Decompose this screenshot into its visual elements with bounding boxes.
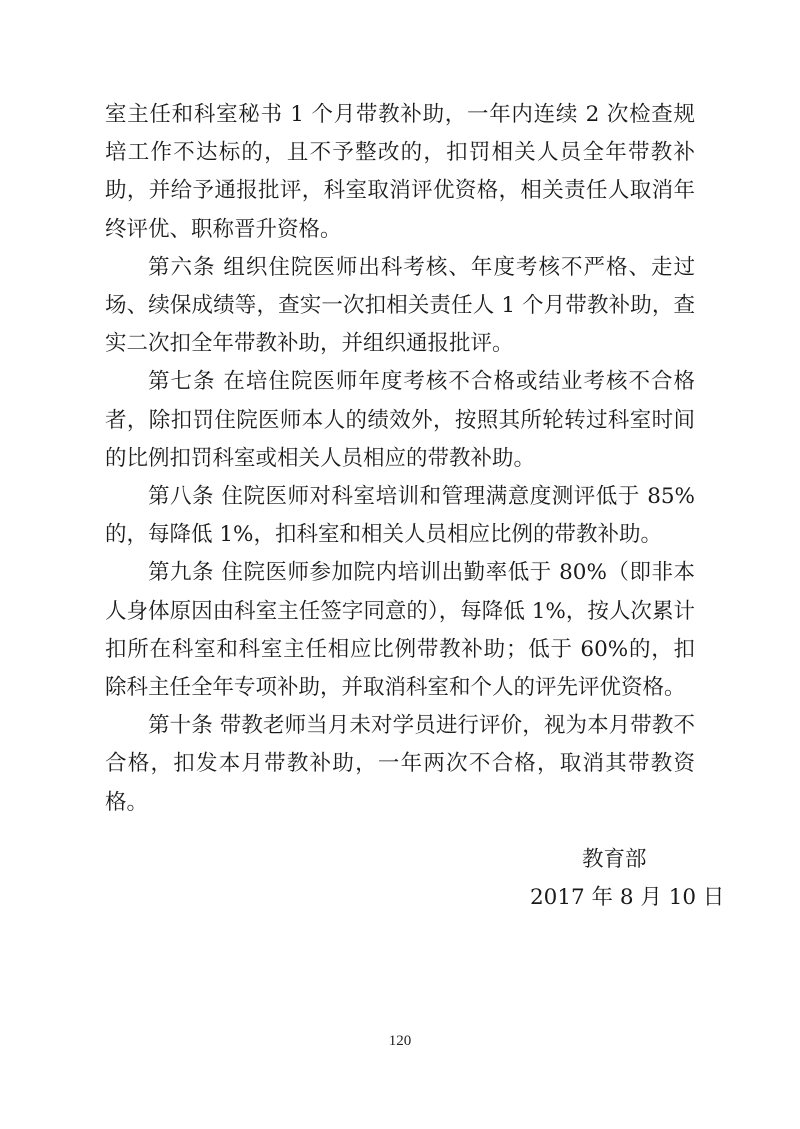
paragraph-article-7: 第七条 在培住院医师年度考核不合格或结业考核不合格者，除扣罚住院医师本人的绩效外… [105,363,695,478]
paragraph-article-9: 第九条 住院医师参加院内培训出勤率低于 80%（即非本人身体原因由科室主任签字同… [105,554,695,707]
paragraph-continuation: 室主任和科室秘书 1 个月带教补助，一年内连续 2 次检查规培工作不达标的，且不… [105,96,695,249]
document-page: 室主任和科室秘书 1 个月带教补助，一年内连续 2 次检查规培工作不达标的，且不… [0,0,800,1129]
paragraph-article-10: 第十条 带教老师当月未对学员进行评价，视为本月带教不合格，扣发本月带教补助，一年… [105,707,695,822]
document-body: 室主任和科室秘书 1 个月带教补助，一年内连续 2 次检查规培工作不达标的，且不… [105,96,695,822]
signature-date: 2017 年 8 月 10 日 [530,880,770,911]
page-number: 120 [0,1033,800,1050]
paragraph-article-8: 第八条 住院医师对科室培训和管理满意度测评低于 85%的，每降低 1%，扣科室和… [105,478,695,554]
signature-department: 教育部 [582,842,800,873]
paragraph-article-6: 第六条 组织住院医师出科考核、年度考核不严格、走过场、续保成绩等，查实一次扣相关… [105,249,695,364]
